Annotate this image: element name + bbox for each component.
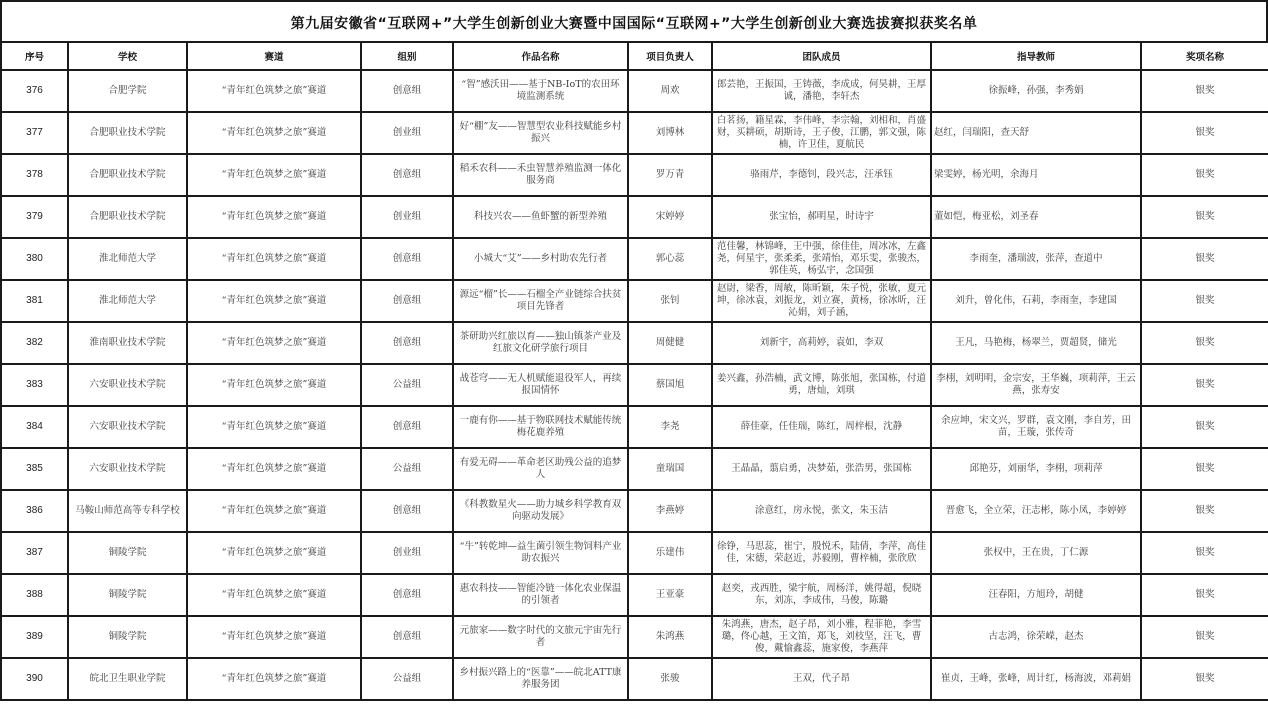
table-row: 378合肥职业技术学院“青年红色筑梦之旅”赛道创意组稻禾农科——禾虫智慧养殖监测… <box>1 154 1268 196</box>
track-cell: “青年红色筑梦之旅”赛道 <box>187 70 361 112</box>
project-name-cell: 有爱无碍——革命老区助残公益的追梦人 <box>453 448 628 490</box>
project-name-cell: 好“棚”友——智慧型农业科技赋能乡村振兴 <box>453 112 628 154</box>
row-number: 381 <box>1 280 68 322</box>
team-members-cell: 范佳馨，林锦峰，王中强，徐佳佳，周冰冰，左鑫尧，何星宇，张柔柔，张靖怡，邓乐雯，… <box>712 238 931 280</box>
project-name-cell: “牛”转乾坤—益生菌引领生物饲料产业助农振兴 <box>453 532 628 574</box>
row-number: 382 <box>1 322 68 364</box>
team-members-cell: 徐铮，马思蕊，崔宁，殷悦禾，陆倩，李萍，高佳佳，宋德，荣赵近，苏毅刚，曹梓楠，张… <box>712 532 931 574</box>
group-cell: 创业组 <box>361 112 453 154</box>
advisors-cell: 徐振峰，孙强，李秀娟 <box>931 70 1141 112</box>
group-cell: 创意组 <box>361 406 453 448</box>
group-cell: 公益组 <box>361 364 453 406</box>
school-cell: 六安职业技术学院 <box>68 364 187 406</box>
award-cell: 银奖 <box>1141 658 1268 700</box>
track-cell: “青年红色筑梦之旅”赛道 <box>187 574 361 616</box>
school-cell: 合肥职业技术学院 <box>68 154 187 196</box>
track-cell: “青年红色筑梦之旅”赛道 <box>187 112 361 154</box>
advisors-cell: 刘升，曾化伟，石莉，李雨奎，李建国 <box>931 280 1141 322</box>
team-members-cell: 王双，代子昂 <box>712 658 931 700</box>
school-cell: 淮南职业技术学院 <box>68 322 187 364</box>
row-number: 385 <box>1 448 68 490</box>
advisors-cell: 崔贞，王峰，张峰，周计红，杨海波，邓莉娟 <box>931 658 1141 700</box>
table-row: 379合肥职业技术学院“青年红色筑梦之旅”赛道创业组科技兴农——鱼虾蟹的新型养殖… <box>1 196 1268 238</box>
row-number: 389 <box>1 616 68 658</box>
track-cell: “青年红色筑梦之旅”赛道 <box>187 448 361 490</box>
track-cell: “青年红色筑梦之旅”赛道 <box>187 238 361 280</box>
group-cell: 创意组 <box>361 154 453 196</box>
header-members: 团队成员 <box>712 42 931 70</box>
leader-cell: 宋婷婷 <box>628 196 712 238</box>
leader-cell: 童瑞国 <box>628 448 712 490</box>
track-cell: “青年红色筑梦之旅”赛道 <box>187 658 361 700</box>
table-row: 380淮北师范大学“青年红色筑梦之旅”赛道创意组小城大“艾”——乡村助农先行者郭… <box>1 238 1268 280</box>
header-leader: 项目负责人 <box>628 42 712 70</box>
advisors-cell: 梁雯婷，杨光明，余海月 <box>931 154 1141 196</box>
row-number: 383 <box>1 364 68 406</box>
advisors-cell: 古志鸿，徐荣嵘，赵杰 <box>931 616 1141 658</box>
team-members-cell: 薛佳豪，任佳瑞，陈红，周梓根，沈静 <box>712 406 931 448</box>
award-cell: 银奖 <box>1141 154 1268 196</box>
group-cell: 创意组 <box>361 490 453 532</box>
award-cell: 银奖 <box>1141 406 1268 448</box>
school-cell: 铜陵学院 <box>68 616 187 658</box>
project-name-cell: 《科教数星火——助力城乡科学教育双向驱动发展》 <box>453 490 628 532</box>
team-members-cell: 赵尉，梁香，周敏，陈昕颖，朱子悦，张敏，夏元坤，徐冰袁，刘振龙，刘立赛，黄杨，徐… <box>712 280 931 322</box>
table-row: 388铜陵学院“青年红色筑梦之旅”赛道创意组惠农科技——智能冷链一体化农业保温的… <box>1 574 1268 616</box>
header-group: 组别 <box>361 42 453 70</box>
project-name-cell: “智”感沃田——基于NB-IoT的农田环境监测系统 <box>453 70 628 112</box>
row-number: 377 <box>1 112 68 154</box>
award-cell: 银奖 <box>1141 280 1268 322</box>
school-cell: 淮北师范大学 <box>68 280 187 322</box>
school-cell: 皖北卫生职业学院 <box>68 658 187 700</box>
row-number: 378 <box>1 154 68 196</box>
group-cell: 创业组 <box>361 196 453 238</box>
row-number: 388 <box>1 574 68 616</box>
award-cell: 银奖 <box>1141 574 1268 616</box>
track-cell: “青年红色筑梦之旅”赛道 <box>187 196 361 238</box>
team-members-cell: 赵奕，戎西胜，梁宇航，周杨洋，姚得超，倪晓东，刘冻，李成伟，马俊，陈璐 <box>712 574 931 616</box>
leader-cell: 李尧 <box>628 406 712 448</box>
leader-cell: 朱鸿燕 <box>628 616 712 658</box>
title-bar: 第九届安徽省“互联网+”大学生创新创业大赛暨中国国际“互联网+”大学生创新创业大… <box>0 0 1268 41</box>
award-cell: 银奖 <box>1141 238 1268 280</box>
group-cell: 公益组 <box>361 448 453 490</box>
team-members-cell: 白茗扬，籍星霖，李伟峰，李宗翰，刘相和，肖盛财，买耕硕，胡斯诗，王子俊，江鹏，郭… <box>712 112 931 154</box>
track-cell: “青年红色筑梦之旅”赛道 <box>187 154 361 196</box>
award-cell: 银奖 <box>1141 490 1268 532</box>
track-cell: “青年红色筑梦之旅”赛道 <box>187 490 361 532</box>
table-row: 385六安职业技术学院“青年红色筑梦之旅”赛道公益组有爱无碍——革命老区助残公益… <box>1 448 1268 490</box>
header-row: 序号 学校 赛道 组别 作品名称 项目负责人 团队成员 指导教师 奖项名称 <box>1 42 1268 70</box>
row-number: 384 <box>1 406 68 448</box>
team-members-cell: 刘新宇，高莉婷，袁如，李双 <box>712 322 931 364</box>
table-row: 384六安职业技术学院“青年红色筑梦之旅”赛道创意组一鹿有你——基于物联网技术赋… <box>1 406 1268 448</box>
advisors-cell: 汪春阳，方旭玲，胡健 <box>931 574 1141 616</box>
document-title: 第九届安徽省“互联网+”大学生创新创业大赛暨中国国际“互联网+”大学生创新创业大… <box>291 11 978 33</box>
track-cell: “青年红色筑梦之旅”赛道 <box>187 406 361 448</box>
group-cell: 创意组 <box>361 616 453 658</box>
header-school: 学校 <box>68 42 187 70</box>
award-cell: 银奖 <box>1141 532 1268 574</box>
project-name-cell: 惠农科技——智能冷链一体化农业保温的引领者 <box>453 574 628 616</box>
leader-cell: 周欢 <box>628 70 712 112</box>
leader-cell: 张骏 <box>628 658 712 700</box>
group-cell: 创意组 <box>361 574 453 616</box>
leader-cell: 罗万青 <box>628 154 712 196</box>
leader-cell: 王亚豪 <box>628 574 712 616</box>
advisors-cell: 王凡，马艳梅，杨翠兰，贾超贤，储光 <box>931 322 1141 364</box>
leader-cell: 周健健 <box>628 322 712 364</box>
table-row: 381淮北师范大学“青年红色筑梦之旅”赛道创意组源远“榴”长——石榴全产业链综合… <box>1 280 1268 322</box>
advisors-cell: 晋愈飞，全立荣，汪志彬，陈小凤，李婷婷 <box>931 490 1141 532</box>
row-number: 386 <box>1 490 68 532</box>
leader-cell: 张钊 <box>628 280 712 322</box>
school-cell: 淮北师范大学 <box>68 238 187 280</box>
team-members-cell: 涂意红，房永悦，张文，朱玉洁 <box>712 490 931 532</box>
school-cell: 合肥学院 <box>68 70 187 112</box>
table-row: 376合肥学院“青年红色筑梦之旅”赛道创意组“智”感沃田——基于NB-IoT的农… <box>1 70 1268 112</box>
advisors-cell: 张权中，王在贵，丁仁源 <box>931 532 1141 574</box>
row-number: 380 <box>1 238 68 280</box>
school-cell: 合肥职业技术学院 <box>68 196 187 238</box>
team-members-cell: 朱鸿燕，唐杰，赵子昂，刘小雅，程菲艳，李雪璐，佟心越，王文笛，郑飞，刘枝坚，汪飞… <box>712 616 931 658</box>
leader-cell: 刘博林 <box>628 112 712 154</box>
award-cell: 银奖 <box>1141 616 1268 658</box>
table-row: 383六安职业技术学院“青年红色筑梦之旅”赛道公益组战苍穹——无人机赋能退役军人… <box>1 364 1268 406</box>
row-number: 390 <box>1 658 68 700</box>
team-members-cell: 骆雨芹，李德钊，段兴志，汪承钰 <box>712 154 931 196</box>
advisors-cell: 赵红，闫瑞阳，查天舒 <box>931 112 1141 154</box>
track-cell: “青年红色筑梦之旅”赛道 <box>187 280 361 322</box>
track-cell: “青年红色筑梦之旅”赛道 <box>187 364 361 406</box>
leader-cell: 郭心蕊 <box>628 238 712 280</box>
header-advisors: 指导教师 <box>931 42 1141 70</box>
group-cell: 创意组 <box>361 280 453 322</box>
school-cell: 马鞍山师范高等专科学校 <box>68 490 187 532</box>
table-row: 390皖北卫生职业学院“青年红色筑梦之旅”赛道公益组乡村振兴路上的“医靠”——皖… <box>1 658 1268 700</box>
project-name-cell: 源远“榴”长——石榴全产业链综合扶贫项目先锋者 <box>453 280 628 322</box>
project-name-cell: 一鹿有你——基于物联网技术赋能传统梅花鹿养殖 <box>453 406 628 448</box>
header-award: 奖项名称 <box>1141 42 1268 70</box>
award-cell: 银奖 <box>1141 112 1268 154</box>
table-row: 389铜陵学院“青年红色筑梦之旅”赛道创意组元旅家——数字时代的文旅元宇宙先行者… <box>1 616 1268 658</box>
award-table: 序号 学校 赛道 组别 作品名称 项目负责人 团队成员 指导教师 奖项名称 37… <box>0 41 1268 701</box>
school-cell: 铜陵学院 <box>68 574 187 616</box>
group-cell: 公益组 <box>361 658 453 700</box>
leader-cell: 蔡国旭 <box>628 364 712 406</box>
track-cell: “青年红色筑梦之旅”赛道 <box>187 616 361 658</box>
leader-cell: 乐建伟 <box>628 532 712 574</box>
project-name-cell: 科技兴农——鱼虾蟹的新型养殖 <box>453 196 628 238</box>
table-row: 386马鞍山师范高等专科学校“青年红色筑梦之旅”赛道创意组《科教数星火——助力城… <box>1 490 1268 532</box>
award-list-document: 第九届安徽省“互联网+”大学生创新创业大赛暨中国国际“互联网+”大学生创新创业大… <box>0 0 1268 719</box>
project-name-cell: 元旅家——数字时代的文旅元宇宙先行者 <box>453 616 628 658</box>
team-members-cell: 张宝怡，郝明星，时诗宇 <box>712 196 931 238</box>
leader-cell: 李燕婷 <box>628 490 712 532</box>
award-cell: 银奖 <box>1141 196 1268 238</box>
track-cell: “青年红色筑梦之旅”赛道 <box>187 532 361 574</box>
row-number: 376 <box>1 70 68 112</box>
project-name-cell: 乡村振兴路上的“医靠”——皖北ATT康养服务团 <box>453 658 628 700</box>
project-name-cell: 小城大“艾”——乡村助农先行者 <box>453 238 628 280</box>
header-track: 赛道 <box>187 42 361 70</box>
group-cell: 创业组 <box>361 532 453 574</box>
project-name-cell: 茶研助兴红旅以育——独山镇茶产业及红旅文化研学旅行项目 <box>453 322 628 364</box>
advisors-cell: 邱艳芬，刘丽华，李栩，项莉萍 <box>931 448 1141 490</box>
group-cell: 创意组 <box>361 322 453 364</box>
row-number: 379 <box>1 196 68 238</box>
school-cell: 合肥职业技术学院 <box>68 112 187 154</box>
row-number: 387 <box>1 532 68 574</box>
header-no: 序号 <box>1 42 68 70</box>
group-cell: 创意组 <box>361 70 453 112</box>
project-name-cell: 战苍穹——无人机赋能退役军人，再续报国情怀 <box>453 364 628 406</box>
table-row: 387铜陵学院“青年红色筑梦之旅”赛道创业组“牛”转乾坤—益生菌引领生物饲料产业… <box>1 532 1268 574</box>
award-cell: 银奖 <box>1141 70 1268 112</box>
project-name-cell: 稻禾农科——禾虫智慧养殖监测一体化服务商 <box>453 154 628 196</box>
header-project: 作品名称 <box>453 42 628 70</box>
group-cell: 创意组 <box>361 238 453 280</box>
table-row: 382淮南职业技术学院“青年红色筑梦之旅”赛道创意组茶研助兴红旅以育——独山镇茶… <box>1 322 1268 364</box>
table-row: 377合肥职业技术学院“青年红色筑梦之旅”赛道创业组好“棚”友——智慧型农业科技… <box>1 112 1268 154</box>
advisors-cell: 余应坤，宋文兴，罗群，袁文刚，李自芳，田苗，王璇，张传奇 <box>931 406 1141 448</box>
advisors-cell: 李雨奎，潘瑞波，张萍，查道中 <box>931 238 1141 280</box>
team-members-cell: 姜兴鑫，孙浩楠，武文博，陈张旭，张国栋，付道勇，唐灿，刘琪 <box>712 364 931 406</box>
school-cell: 铜陵学院 <box>68 532 187 574</box>
advisors-cell: 李栩，刘明明，金宗安，王华巍，项莉萍，王云燕，张寿安 <box>931 364 1141 406</box>
advisors-cell: 董如恺，梅亚松，刘圣春 <box>931 196 1141 238</box>
award-cell: 银奖 <box>1141 448 1268 490</box>
track-cell: “青年红色筑梦之旅”赛道 <box>187 322 361 364</box>
award-cell: 银奖 <box>1141 322 1268 364</box>
award-cell: 银奖 <box>1141 364 1268 406</box>
school-cell: 六安职业技术学院 <box>68 448 187 490</box>
school-cell: 六安职业技术学院 <box>68 406 187 448</box>
team-members-cell: 郎芸艳，王振国，王铸薇，李成成，何昊耕，王厚诚，潘艳，李轩杰 <box>712 70 931 112</box>
team-members-cell: 王晶晶，翦启勇，决梦茹，张浩男，张国栋 <box>712 448 931 490</box>
